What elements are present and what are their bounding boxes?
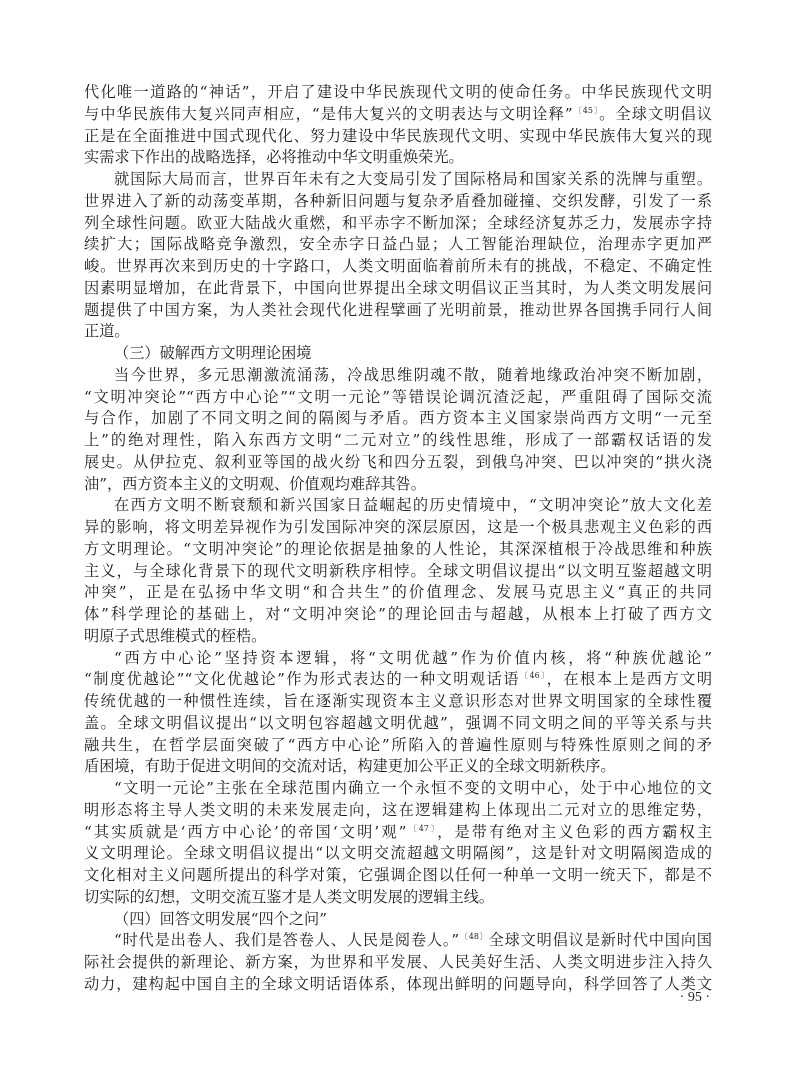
text-line: 世界进入了新的动荡变革期，各种新旧问题与复杂矛盾叠加碰撞、交织发酵，引发了一系 <box>84 191 712 213</box>
line-text: 切实际的幻想，文明交流互鉴才是人类文明发展的逻辑主线。 <box>84 888 494 906</box>
document-page: 代化唯一道路的“神话”，开启了建设中华民族现代文明的使命任务。中华民族现代文明与… <box>0 0 793 1077</box>
line-text: 动力，建构起中国自主的全球文明话语体系，体现出鲜明的问题导向，科学回答了人类文 <box>84 975 712 993</box>
citation-reference: 〔47〕 <box>406 824 437 833</box>
text-line: 与合作，加剧了不同文明之间的隔阂与矛盾。西方资本主义国家崇尚西方文明“一元至 <box>84 408 712 430</box>
line-text-continued: ，是带有绝对主义色彩的西方霸权主 <box>437 823 712 841</box>
line-text: 盖。全球文明倡议提出“以文明包容超越文明优越”，强调不同文明之间的平等关系与共 <box>84 714 712 732</box>
line-text: 世界进入了新的动荡变革期，各种新旧问题与复杂矛盾叠加碰撞、交织发酵，引发了一系 <box>84 192 712 210</box>
text-line: 方文明理论。“文明冲突论”的理论依据是抽象的人性论，其深深植根于冷战思维和种族 <box>84 539 712 561</box>
line-text: 与合作，加剧了不同文明之间的隔阂与矛盾。西方资本主义国家崇尚西方文明“一元至 <box>84 409 712 427</box>
citation-reference: 〔46〕 <box>520 671 547 680</box>
text-line: “文明冲突论”“西方中心论”“文明一元论”等错误论调沉渣泛起，严重阻碍了国际交流 <box>84 387 712 409</box>
line-text: 列全球性问题。欧亚大陆战火重燃，和平赤字不断加深；全球经济复苏乏力，发展赤字持 <box>84 214 712 232</box>
line-text: 上”的绝对理性，陷入东西方文明“二元对立”的线性思维，形成了一部霸权话语的发 <box>84 431 712 449</box>
text-line: 正是在全面推进中国式现代化、努力建设中华民族现代文明、实现中华民族伟大复兴的现 <box>84 126 712 148</box>
line-text-continued: ，在根本上是西方文明 <box>547 670 712 688</box>
text-line: 体”科学理论的基础上，对“文明冲突论”的理论回击与超越，从根本上打破了西方文 <box>84 604 712 626</box>
line-text: 实需求下作出的战略选择，必将推动中华文明重焕荣光。 <box>84 148 464 166</box>
line-text: （三）破解西方文明理论困境 <box>114 344 311 362</box>
text-line: “制度优越论”“文化优越论”作为形式表达的一种文明观话语〔46〕，在根本上是西方… <box>84 669 712 691</box>
text-line: 义文明理论。全球文明倡议提出“以文明交流超越文明隔阂”，这是针对文明隔阂造成的 <box>84 843 712 865</box>
line-text: “制度优越论”“文化优越论”作为形式表达的一种文明观话语 <box>84 670 520 688</box>
line-text: 传统优越的一种惯性连续，旨在逐渐实现资本主义意识形态对世界文明国家的全球性覆 <box>84 692 712 710</box>
text-line: 因素明显增加，在此背景下，中国向世界提出全球文明倡议正当其时，为人类文明发展问 <box>84 278 712 300</box>
text-line: 文化相对主义问题所提出的科学对策，它强调企图以任何一种单一文明一统天下，都是不 <box>84 865 712 887</box>
text-line: 明原子式思维模式的桎梏。 <box>84 626 712 648</box>
line-text: “时代是出卷人、我们是答卷人、人民是阅卷人。” <box>114 931 459 949</box>
text-line: 代化唯一道路的“神话”，开启了建设中华民族现代文明的使命任务。中华民族现代文明 <box>84 82 712 104</box>
text-line: 上”的绝对理性，陷入东西方文明“二元对立”的线性思维，形成了一部霸权话语的发 <box>84 430 712 452</box>
line-text: 续扩大；国际战略竞争激烈，安全赤字日益凸显；人工智能治理缺位，治理赤字更加严 <box>84 235 712 253</box>
line-text: 冲突”，正是在弘扬中华文明“和合共生”的价值理念、发展马克思主义“真正的共同 <box>84 583 712 601</box>
line-text: 义文明理论。全球文明倡议提出“以文明交流超越文明隔阂”，这是针对文明隔阂造成的 <box>84 844 712 862</box>
line-text: 方文明理论。“文明冲突论”的理论依据是抽象的人性论，其深深植根于冷战思维和种族 <box>84 540 712 558</box>
text-line: 主义，与全球化背景下的现代文明新秩序相悖。全球文明倡议提出“以文明互鉴超越文明 <box>84 561 712 583</box>
line-text: 文化相对主义问题所提出的科学对策，它强调企图以任何一种单一文明一统天下，都是不 <box>84 866 712 884</box>
text-line: 与中华民族伟大复兴同声相应，“是伟大复兴的文明表达与文明诠释”〔45〕。全球文明… <box>84 104 712 126</box>
text-line: 盖。全球文明倡议提出“以文明包容超越文明优越”，强调不同文明之间的平等关系与共 <box>84 713 712 735</box>
line-text-continued: 全球文明倡议是新时代中国向国 <box>489 931 712 949</box>
line-text: 异的影响，将文明差异视作为引发国际冲突的深层原因，这是一个极具悲观主义色彩的西 <box>84 518 712 536</box>
citation-reference: 〔45〕 <box>573 106 600 115</box>
text-line: 就国际大局而言，世界百年未有之大变局引发了国际格局和国家关系的洗牌与重塑。 <box>84 169 712 191</box>
line-text: 就国际大局而言，世界百年未有之大变局引发了国际格局和国家关系的洗牌与重塑。 <box>114 170 712 188</box>
line-text: 当今世界，多元思潮激流涌荡，冷战思维阴魂不散，随着地缘政治冲突不断加剧， <box>114 366 712 384</box>
line-text: “其实质就是‘西方中心论’的帝国‘文明’观” <box>84 823 406 841</box>
line-text: 盾困境，有助于促进文明间的交流对话，构建更加公平正义的全球文明新秩序。 <box>84 757 616 775</box>
text-line: 在西方文明不断衰颓和新兴国家日益崛起的历史情境中，“文明冲突论”放大文化差 <box>84 495 712 517</box>
line-text-continued: 。全球文明倡议 <box>599 105 712 123</box>
text-line: 明形态将主导人类文明的未来发展走向，这在逻辑建构上体现出二元对立的思维定势， <box>84 800 712 822</box>
line-text: 题提供了中国方案，为人类社会现代化进程擘画了光明前景，推动世界各国携手同行人间 <box>84 301 712 319</box>
line-text: 正是在全面推进中国式现代化、努力建设中华民族现代文明、实现中华民族伟大复兴的现 <box>84 127 712 145</box>
text-line: 题提供了中国方案，为人类社会现代化进程擘画了光明前景，推动世界各国携手同行人间 <box>84 300 712 322</box>
text-line: 盾困境，有助于促进文明间的交流对话，构建更加公平正义的全球文明新秩序。 <box>84 756 712 778</box>
text-line: 动力，建构起中国自主的全球文明话语体系，体现出鲜明的问题导向，科学回答了人类文 <box>84 974 712 996</box>
line-text: 明形态将主导人类文明的未来发展走向，这在逻辑建构上体现出二元对立的思维定势， <box>84 801 712 819</box>
text-line: 正道。 <box>84 321 712 343</box>
line-text: 与中华民族伟大复兴同声相应，“是伟大复兴的文明表达与文明诠释” <box>84 105 573 123</box>
line-text: “文明一元论”主张在全球范围内确立一个永恒不变的文明中心，处于中心地位的文 <box>114 779 712 797</box>
text-line: 展史。从伊拉克、叙利亚等国的战火纷飞和四分五裂，到俄乌冲突、巴以冲突的“拱火浇 <box>84 452 712 474</box>
line-text: “西方中心论”坚持资本逻辑，将“文明优越”作为价值内核，将“种族优越论” <box>114 649 712 667</box>
text-line: 油”，西方资本主义的文明观、价值观均难辞其咎。 <box>84 474 712 496</box>
text-line: 续扩大；国际战略竞争激烈，安全赤字日益凸显；人工智能治理缺位，治理赤字更加严 <box>84 234 712 256</box>
line-text: 明原子式思维模式的桎梏。 <box>84 627 266 645</box>
text-line: “其实质就是‘西方中心论’的帝国‘文明’观”〔47〕，是带有绝对主义色彩的西方霸… <box>84 822 712 844</box>
text-line: “时代是出卷人、我们是答卷人、人民是阅卷人。”〔48〕全球文明倡议是新时代中国向… <box>84 930 712 952</box>
line-text: 际社会提供的新理论、新方案，为世界和平发展、人民美好生活、人类文明进步注入持久 <box>84 953 712 971</box>
line-text: “文明冲突论”“西方中心论”“文明一元论”等错误论调沉渣泛起，严重阻碍了国际交流 <box>84 388 712 406</box>
body-text: 代化唯一道路的“神话”，开启了建设中华民族现代文明的使命任务。中华民族现代文明与… <box>84 82 712 996</box>
text-line: “西方中心论”坚持资本逻辑，将“文明优越”作为价值内核，将“种族优越论” <box>84 648 712 670</box>
text-line: 列全球性问题。欧亚大陆战火重燃，和平赤字不断加深；全球经济复苏乏力，发展赤字持 <box>84 213 712 235</box>
text-line: 融共生，在哲学层面突破了“西方中心论”所陷入的普遍性原则与特殊性原则之间的矛 <box>84 735 712 757</box>
citation-reference: 〔48〕 <box>459 932 489 941</box>
line-text: 在西方文明不断衰颓和新兴国家日益崛起的历史情境中，“文明冲突论”放大文化差 <box>114 496 712 514</box>
text-line: 冲突”，正是在弘扬中华文明“和合共生”的价值理念、发展马克思主义“真正的共同 <box>84 582 712 604</box>
line-text: 油”，西方资本主义的文明观、价值观均难辞其咎。 <box>84 475 426 493</box>
text-line: 异的影响，将文明差异视作为引发国际冲突的深层原因，这是一个极具悲观主义色彩的西 <box>84 517 712 539</box>
line-text: 峻。世界再次来到历史的十字路口，人类文明面临着前所未有的挑战，不稳定、不确定性 <box>84 257 712 275</box>
line-text: 正道。 <box>84 322 130 340</box>
text-line: “文明一元论”主张在全球范围内确立一个永恒不变的文明中心，处于中心地位的文 <box>84 778 712 800</box>
section-heading: （四）回答文明发展“四个之问” <box>84 909 712 931</box>
line-text: 融共生，在哲学层面突破了“西方中心论”所陷入的普遍性原则与特殊性原则之间的矛 <box>84 736 712 754</box>
line-text: 体”科学理论的基础上，对“文明冲突论”的理论回击与超越，从根本上打破了西方文 <box>84 605 712 623</box>
section-heading: （三）破解西方文明理论困境 <box>84 343 712 365</box>
text-line: 传统优越的一种惯性连续，旨在逐渐实现资本主义意识形态对世界文明国家的全球性覆 <box>84 691 712 713</box>
line-text: 代化唯一道路的“神话”，开启了建设中华民族现代文明的使命任务。中华民族现代文明 <box>84 83 712 101</box>
text-line: 峻。世界再次来到历史的十字路口，人类文明面临着前所未有的挑战，不稳定、不确定性 <box>84 256 712 278</box>
text-line: 实需求下作出的战略选择，必将推动中华文明重焕荣光。 <box>84 147 712 169</box>
text-line: 切实际的幻想，文明交流互鉴才是人类文明发展的逻辑主线。 <box>84 887 712 909</box>
line-text: 因素明显增加，在此背景下，中国向世界提出全球文明倡议正当其时，为人类文明发展问 <box>84 279 712 297</box>
text-line: 当今世界，多元思潮激流涌荡，冷战思维阴魂不散，随着地缘政治冲突不断加剧， <box>84 365 712 387</box>
line-text: （四）回答文明发展“四个之问” <box>114 910 327 928</box>
text-line: 际社会提供的新理论、新方案，为世界和平发展、人民美好生活、人类文明进步注入持久 <box>84 952 712 974</box>
line-text: 主义，与全球化背景下的现代文明新秩序相悖。全球文明倡议提出“以文明互鉴超越文明 <box>84 562 712 580</box>
page-number: · 95 · <box>660 990 710 1006</box>
line-text: 展史。从伊拉克、叙利亚等国的战火纷飞和四分五裂，到俄乌冲突、巴以冲突的“拱火浇 <box>84 453 712 471</box>
